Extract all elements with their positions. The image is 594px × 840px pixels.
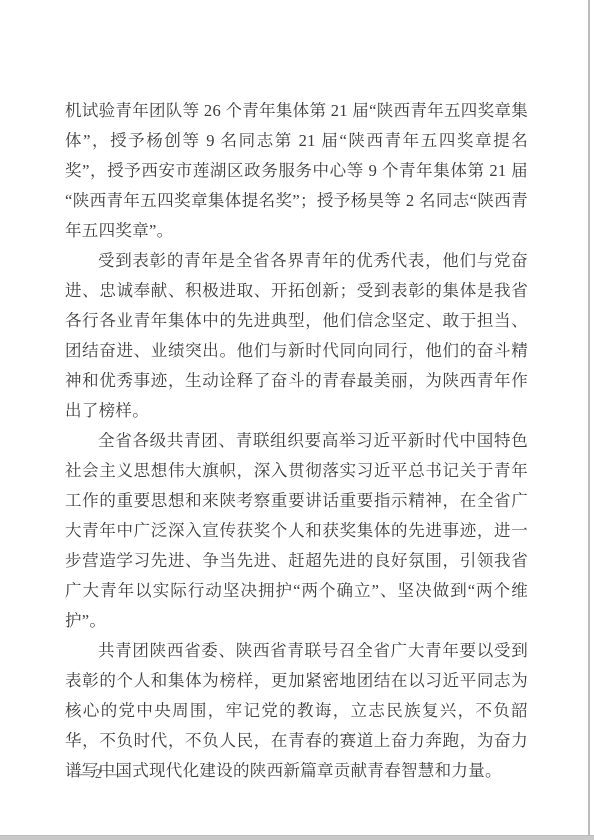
scan-edge-right xyxy=(588,0,590,840)
document-page: 机试验青年团队等 26 个青年集体第 21 届“陕西青年五四奖章集体”，授予杨创… xyxy=(0,0,594,840)
paragraph-commendation: 受到表彰的青年是全省各界青年的优秀代表，他们与党奋进、忠诚奉献、积极进取、开拓创… xyxy=(65,246,528,426)
document-body: 机试验青年团队等 26 个青年集体第 21 届“陕西青年五四奖章集体”，授予杨创… xyxy=(65,96,528,786)
paragraph-requirements: 全省各级共青团、青联组织要高举习近平新时代中国特色社会主义思想伟大旗帜，深入贯彻… xyxy=(65,426,528,636)
scan-edge-bottom xyxy=(0,835,594,840)
paragraph-awards-list: 机试验青年团队等 26 个青年集体第 21 届“陕西青年五四奖章集体”，授予杨创… xyxy=(65,96,528,246)
paragraph-call-to-action: 共青团陕西省委、陕西省青联号召全省广大青年要以受到表彰的个人和集体为榜样，更加紧… xyxy=(65,636,528,786)
page-number: — 2 — xyxy=(76,766,122,782)
